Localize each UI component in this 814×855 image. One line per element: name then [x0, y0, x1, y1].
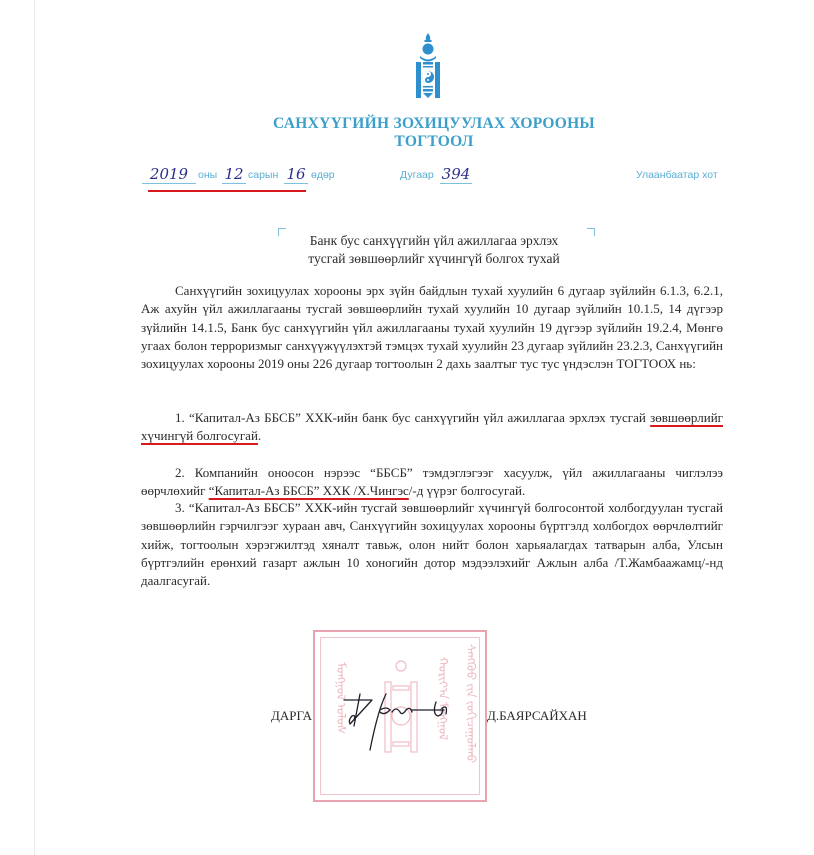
signatory-position: ДАРГА — [271, 708, 312, 724]
item-1-paragraph: 1. “Капитал-Аз ББСБ” ХХК-ийн банк бус са… — [141, 409, 723, 446]
item-2-end: /-д үүрэг болгосугай. — [409, 483, 525, 498]
date-day: 16 — [284, 165, 308, 184]
resolution-number: 394 — [440, 165, 472, 184]
item-3-text: 3. “Капитал-Аз ББСБ” ХХК-ийн тусгай зөвш… — [141, 499, 723, 590]
stamp-script-right: ᠰᠠᠩᠬᠦᠦ ᠵᠢᠨ ᠵᠣᠬᠢᠴᠠᠭᠤᠯᠬᠤ — [461, 644, 482, 794]
meta-row: 2019 оны 12 сарын 16 өдөр Дугаар 394 Ула… — [0, 165, 814, 191]
item-1-text: 1. “Капитал-Аз ББСБ” ХХК-ийн банк бус са… — [175, 410, 650, 425]
year-label: оны — [198, 169, 217, 181]
day-label: өдөр — [311, 169, 335, 181]
preamble-text: Санхүүгийн зохицуулах хорооны эрх зүйн б… — [141, 282, 723, 373]
item-2-paragraph: 2. Компанийн оноосон нэрээс “ББСБ” тэмдэ… — [141, 464, 723, 501]
subject-line-2: тусгай зөвшөөрлийг хүчингүй болгох тухай — [0, 251, 814, 267]
month-label: сарын — [248, 169, 278, 181]
date-highlight-underline — [148, 190, 306, 192]
document-type: ТОГТООЛ — [0, 133, 814, 151]
date-month: 12 — [222, 165, 246, 184]
subject-line-1: Банк бус санхүүгийн үйл ажиллагаа эрхлэх — [0, 233, 814, 249]
item-2-highlighted-text: “Капитал-Аз ББСБ” ХХК /Х.Чингэс — [209, 483, 409, 498]
preamble-paragraph: Санхүүгийн зохицуулах хорооны эрх зүйн б… — [141, 282, 723, 373]
number-label: Дугаар — [400, 169, 434, 181]
location: Улаанбаатар хот — [636, 169, 718, 181]
item-3-paragraph: 3. “Капитал-Аз ББСБ” ХХК-ийн тусгай зөвш… — [141, 499, 723, 590]
soyombo-emblem-icon — [414, 32, 442, 102]
handwritten-signature — [340, 690, 460, 760]
signatory-name: Д.БАЯРСАЙХАН — [487, 708, 587, 724]
date-year: 2019 — [142, 165, 196, 184]
item-1-end: . — [258, 428, 261, 443]
document-title: САНХҮҮГИЙН ЗОХИЦУУЛАХ ХОРООНЫ — [0, 115, 814, 133]
